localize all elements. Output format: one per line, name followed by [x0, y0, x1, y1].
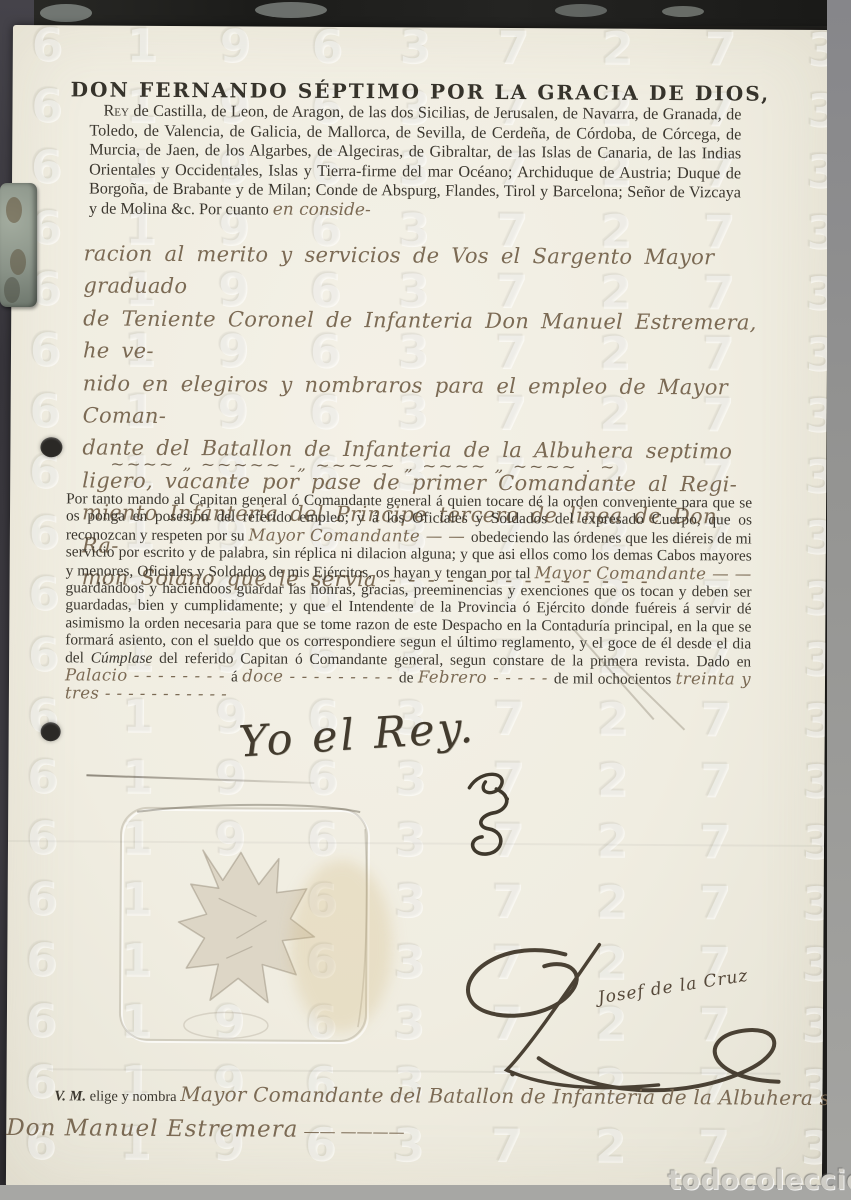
embossed-digit: 7	[704, 25, 736, 75]
embossed-digit: 3	[394, 751, 426, 805]
embossed-digit: 7	[491, 874, 523, 928]
mandate-paragraph: Por tanto mando al Capitan general ó Com…	[65, 490, 752, 707]
embossed-digit: 1	[126, 25, 158, 72]
attestation-line-1: V. M. elige y nombra Mayor Comandante de…	[54, 1081, 824, 1110]
embossed-digit: 3	[806, 83, 829, 137]
embossed-digit: 2	[596, 753, 628, 807]
paper-clip	[0, 183, 37, 307]
embossed-digit: 7	[699, 753, 731, 807]
punch-hole-top	[40, 437, 62, 457]
embossed-digit: 6	[25, 993, 57, 1047]
embossed-digit: 3	[806, 205, 829, 259]
handwritten-line: racion al merito y servicios de Vos el S…	[83, 237, 759, 306]
embossed-digit: 6	[26, 810, 58, 864]
embossed-digit: 3	[393, 995, 425, 1049]
embossed-digit: 3	[805, 327, 829, 381]
embossed-digit: 6	[24, 1054, 56, 1108]
scanner-background-top	[0, 0, 851, 26]
embossed-digit: 6	[26, 871, 58, 925]
embossed-digit: 6	[30, 78, 62, 132]
embossed-digit: 6	[311, 25, 343, 73]
scanner-debris	[555, 4, 607, 17]
minister-signature-flourish	[446, 936, 827, 1108]
embossed-digit: 2	[601, 25, 633, 75]
handwritten-line: nido en elegiros y nombraros para el emp…	[83, 367, 759, 436]
seal-stain	[290, 860, 393, 1033]
embossed-digit: 6	[29, 322, 61, 376]
embossed-digit: 7	[698, 875, 730, 929]
embossed-digit: 3	[807, 25, 829, 76]
embossed-digit: 3	[804, 449, 829, 503]
embossed-digit: 3	[393, 934, 425, 988]
todocoleccion-watermark: todocoleccion	[668, 1165, 851, 1196]
handwritten-line: de Teniente Coronel de Infanteria Don Ma…	[83, 302, 759, 371]
royal-titles-paragraph: Rey de Castilla, de Leon, de Aragon, de …	[89, 101, 742, 223]
embossed-digit: 9	[219, 25, 251, 72]
embossed-digit: 3	[805, 266, 829, 320]
embossed-digit: 3	[394, 812, 426, 866]
royal-rubric-flourish	[455, 766, 528, 870]
embossed-digit: 6	[27, 566, 59, 620]
embossed-digit: 3	[801, 876, 828, 930]
embossed-digit: 2	[596, 814, 628, 868]
embossed-digit: 3	[803, 571, 829, 625]
embossed-digit: 6	[28, 383, 60, 437]
embossed-digit: 3	[802, 815, 829, 869]
embossed-digit: 7	[699, 814, 731, 868]
embossed-digit: 6	[28, 505, 60, 559]
scanner-debris	[40, 4, 92, 22]
embossed-digit: 3	[803, 693, 829, 747]
embossed-digit: 3	[802, 754, 829, 808]
embossed-digit: 3	[803, 632, 829, 686]
embossed-digit: 6	[31, 25, 63, 71]
embossed-digit: 3	[804, 388, 829, 442]
scanner-background-right	[827, 0, 851, 1200]
punch-hole-bottom	[41, 722, 61, 741]
paper-sheet: 6196372736196372736196372736196372736196…	[6, 25, 829, 1192]
embossed-digit: 6	[25, 932, 57, 986]
embossed-digit: 3	[399, 25, 431, 74]
embossed-digit: 6	[27, 627, 59, 681]
scanner-debris	[255, 2, 327, 18]
embossed-digit: 6	[26, 749, 58, 803]
scanned-document: 6196372736196372736196372736196372736196…	[0, 0, 851, 1200]
scanner-debris	[662, 6, 704, 17]
embossed-digit: 3	[393, 873, 425, 927]
attestation-line-2: Don Manuel Estremera —— ————	[6, 1115, 606, 1145]
embossed-digit: 7	[497, 25, 529, 74]
embossed-digit: 3	[806, 144, 829, 198]
embossed-digit: 2	[595, 875, 627, 929]
embossed-digit: 3	[804, 510, 829, 564]
